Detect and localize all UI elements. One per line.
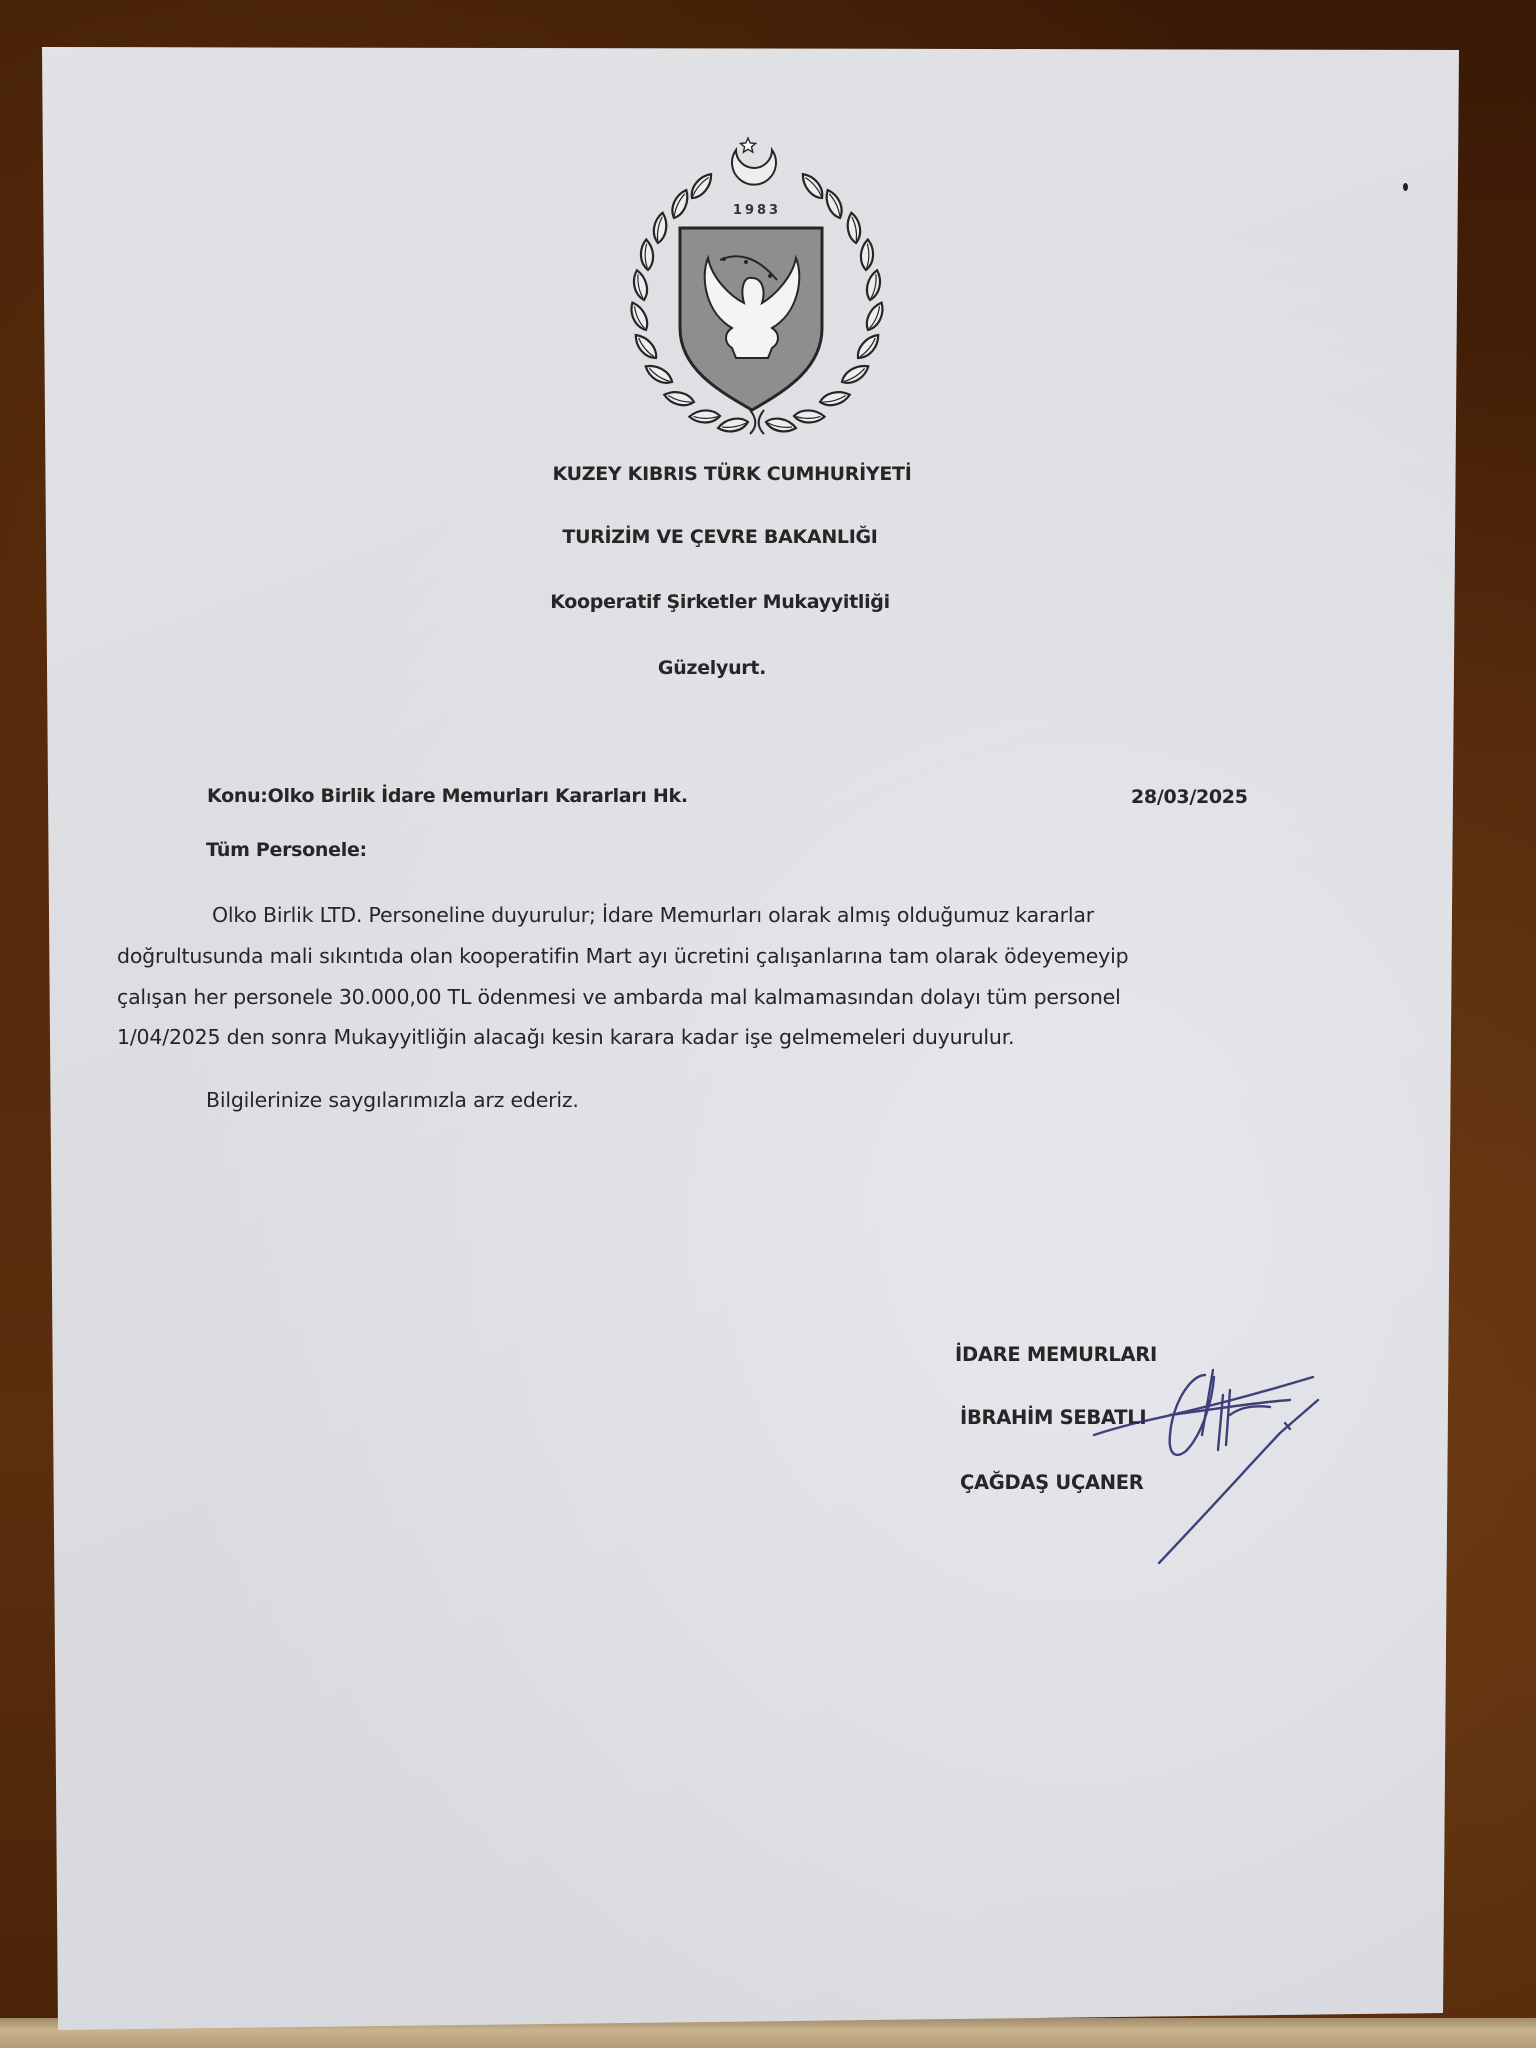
salutation: Tüm Personele: xyxy=(206,839,367,861)
header-location: Güzelyurt. xyxy=(658,657,766,679)
header-ministry: TURİZİM VE ÇEVRE BAKANLIĞI xyxy=(562,526,877,548)
handwritten-signature-icon xyxy=(1080,1355,1340,1580)
closing-line: Bilgilerinize saygılarımızla arz ederiz. xyxy=(206,1088,579,1112)
svg-text:1983: 1983 xyxy=(733,203,781,218)
header-department: Kooperatif Şirketler Mukayyitliği xyxy=(550,591,890,613)
subject-line: Konu:Olko Birlik İdare Memurları Kararla… xyxy=(207,785,688,807)
document-date: 28/03/2025 xyxy=(1131,786,1248,808)
body-line-2: doğrultusunda mali sıkıntıda olan kooper… xyxy=(117,944,1128,968)
body-line-4: 1/04/2025 den sonra Mukayyitliğin alacağ… xyxy=(117,1025,1014,1049)
crescent-star-icon xyxy=(732,138,776,185)
body-line-3: çalışan her personele 30.000,00 TL ödenm… xyxy=(117,985,1121,1009)
header-country: KUZEY KIBRIS TÜRK CUMHURİYETİ xyxy=(553,463,912,485)
ink-speck xyxy=(1403,183,1408,191)
trnc-coat-of-arms-icon: 1983 xyxy=(612,128,902,438)
body-line-1: Olko Birlik LTD. Personeline duyurulur; … xyxy=(212,903,1094,927)
